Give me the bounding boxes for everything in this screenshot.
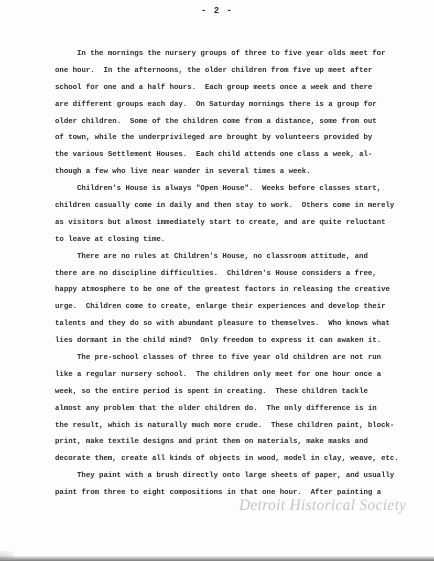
paragraph-3-line-6: lies dormant in the child mind? Only fre… [55, 333, 381, 350]
paragraph-1-line-8: though a few who live near wander in sev… [55, 164, 381, 181]
paragraph-4-line-2: like a regular nursery school. The child… [55, 367, 381, 384]
paragraph-1-line-7: the various Settlement Houses. Each chil… [55, 147, 381, 164]
paragraph-4-line-3: week, so the entire period is spent in c… [55, 384, 381, 401]
paragraph-3-line-4: urge. Children come to create, enlarge t… [55, 299, 381, 316]
paragraph-1-line-5: older children. Some of the children com… [55, 114, 381, 131]
paragraph-3-line-3: happy atmosphere to be one of the greate… [55, 282, 381, 299]
paragraph-4-line-5: the result, which is naturally much more… [55, 418, 381, 435]
paragraph-4-line-6: print, make textile designs and print th… [55, 434, 381, 451]
paragraph-1-line-1: In the mornings the nursery groups of th… [55, 46, 381, 63]
document-body: In the mornings the nursery groups of th… [55, 46, 381, 502]
paragraph-2-line-4: to leave at closing time. [55, 232, 381, 249]
paragraph-4-line-4: almost any problem that the older childr… [55, 401, 381, 418]
paragraph-2-line-1: Children's House is always "Open House".… [55, 181, 381, 198]
paragraph-3-line-2: there are no discipline difficulties. Ch… [55, 266, 381, 283]
paragraph-5-line-1: They paint with a brush directly onto la… [55, 468, 381, 485]
paragraph-1-line-6: of town, while the underprivileged are b… [55, 130, 381, 147]
paragraph-1-line-4: are different groups each day. On Saturd… [55, 97, 381, 114]
bottom-edge-shadow [0, 556, 434, 561]
document-page: - 2 - In the mornings the nursery groups… [0, 0, 434, 561]
paragraph-4-line-7: decorate them, create all kinds of objec… [55, 451, 381, 468]
paragraph-2-line-2: children casually come in daily and then… [55, 198, 381, 215]
paragraph-3-line-5: talents and they do so with abundant ple… [55, 316, 381, 333]
paragraph-2-line-3: as visitors but almost immediately start… [55, 215, 381, 232]
page-number: - 2 - [0, 6, 434, 16]
paragraph-4-line-1: The pre-school classes of three to five … [55, 350, 381, 367]
watermark: Detroit Historical Society [239, 497, 406, 515]
paragraph-1-line-2: one hour. In the afternoons, the older c… [55, 63, 381, 80]
paragraph-1-line-3: school for one and a half hours. Each gr… [55, 80, 381, 97]
paragraph-3-line-1: There are no rules at Children's House, … [55, 249, 381, 266]
